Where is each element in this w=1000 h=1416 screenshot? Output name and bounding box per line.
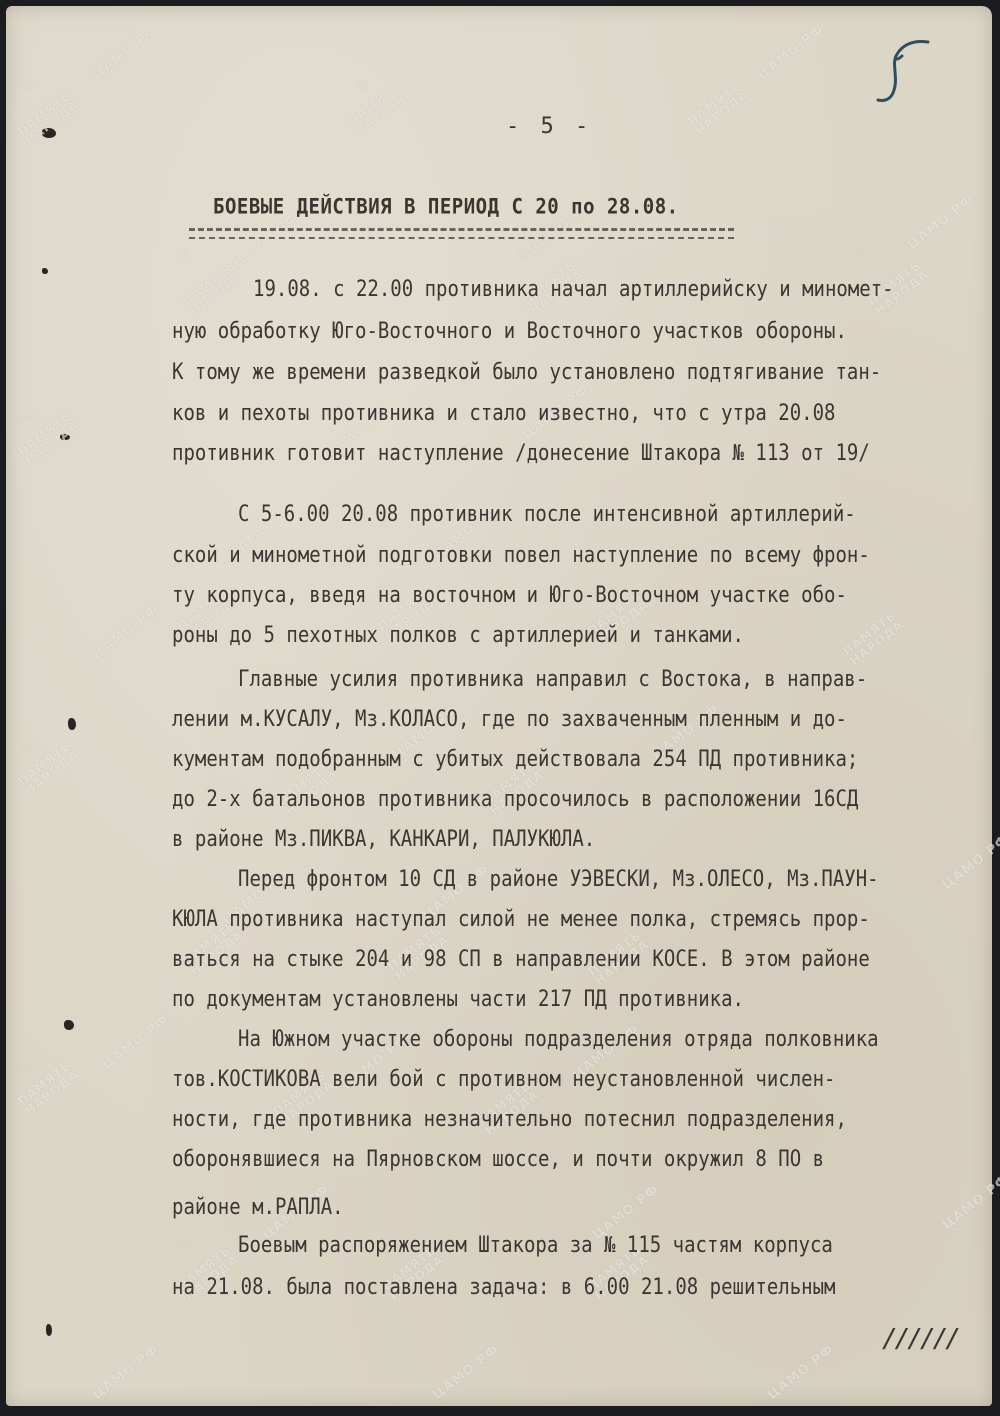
watermark-archive: ЦАМО РФ xyxy=(765,1343,836,1403)
binding-hole xyxy=(60,434,70,440)
star-watermark-icon: ☆ xyxy=(20,736,33,758)
section-title: БОЕВЫЕ ДЕЙСТВИЯ В ПЕРИОД С 20 по 28.08. xyxy=(213,195,679,219)
continuation-mark: ////// xyxy=(882,1324,958,1354)
text-line: в районе Мз.ПИКВА, КАНКАРИ, ПАЛУКЮЛА. xyxy=(172,826,595,851)
watermark-archive: ЦАМО РФ xyxy=(940,1173,1000,1233)
watermark-project: ПАМЯТЬНАРОДА xyxy=(345,79,410,138)
watermark-archive: ЦАМО РФ xyxy=(430,1343,501,1403)
star-watermark-icon: ☆ xyxy=(176,1236,189,1258)
star-watermark-icon: ☆ xyxy=(20,74,33,96)
watermark-archive: ЦАМО РФ xyxy=(90,23,161,83)
text-line: лении м.КУСАЛУ, Мз.КОЛАСО, где по захвач… xyxy=(172,706,847,731)
watermark-archive: ЦАМО РФ xyxy=(100,1013,171,1073)
text-line: ской и минометной подготовки повел насту… xyxy=(172,542,870,567)
watermark-archive: ЦАМО РФ xyxy=(905,193,976,253)
text-line: ваться на стыке 204 и 98 СП в направлени… xyxy=(172,946,870,971)
text-line: кументам подобранным с убитых действовал… xyxy=(172,746,858,771)
document-page: ЦАМО РФ ЦАМО РФ ЦАМО РФ ЦАМО РФ ЦАМО РФ … xyxy=(6,6,992,1406)
watermark-project: ПАМЯТЬНАРОДА xyxy=(180,259,245,318)
binding-hole xyxy=(68,718,76,730)
handwritten-page-number xyxy=(874,34,944,114)
star-watermark-icon: ☆ xyxy=(176,242,189,264)
text-line: ности, где противника незначительно поте… xyxy=(172,1106,847,1131)
text-line: На Южном участке обороны подразделения о… xyxy=(238,1026,879,1051)
watermark-project: ПАМЯТЬНАРОДА xyxy=(15,1059,80,1118)
watermark-archive: ЦАМО РФ xyxy=(755,23,826,83)
title-underline xyxy=(189,228,734,239)
watermark-project: ПАМЯТЬНАРОДА xyxy=(15,89,80,148)
binding-hole xyxy=(64,1020,74,1030)
star-watermark-icon: ☆ xyxy=(516,242,529,264)
text-line: до 2-х батальонов противника просочилось… xyxy=(172,786,858,811)
star-watermark-icon: ☆ xyxy=(20,406,33,428)
watermark-project: ПАМЯТЬНАРОДА xyxy=(15,739,80,798)
watermark-project: ПАМЯТЬНАРОДА xyxy=(685,79,750,138)
text-line: районе м.РАПЛА. xyxy=(172,1194,344,1219)
text-line: Перед фронтом 10 СД в районе УЭВЕСКИ, Мз… xyxy=(238,866,879,891)
text-line: ков и пехоты противника и стало известно… xyxy=(172,400,835,425)
text-line: КЮЛА противника наступал силой не менее … xyxy=(172,906,870,931)
text-line: роны до 5 пехотных полков с артиллерией … xyxy=(172,622,744,647)
watermark-archive: ЦАМО РФ xyxy=(90,1343,161,1403)
watermark-archive: ЦАМО РФ xyxy=(940,833,1000,893)
text-line: тов.КОСТИКОВА вели бой с противном неуст… xyxy=(172,1066,835,1091)
binding-hole xyxy=(46,1324,52,1336)
text-line: С 5-6.00 20.08 противник после интенсивн… xyxy=(238,501,856,526)
text-line: противник готовит наступление /донесение… xyxy=(172,440,870,465)
text-line: 19.08. с 22.00 противника начал артиллер… xyxy=(253,276,894,301)
star-watermark-icon: ☆ xyxy=(20,1056,33,1078)
binding-hole xyxy=(42,128,56,138)
star-watermark-icon: ☆ xyxy=(694,74,707,96)
page-number: - 5 - xyxy=(506,114,592,139)
watermark-archive: ЦАМО РФ xyxy=(90,603,161,663)
text-line: ную обработку Юго-Восточного и Восточног… xyxy=(172,318,847,343)
text-line: ту корпуса, введя на восточном и Юго-Вос… xyxy=(172,582,847,607)
text-line: Боевым распоряжением Штакора за № 115 ча… xyxy=(238,1232,833,1257)
star-watermark-icon: ☆ xyxy=(356,74,369,96)
text-line: оборонявшиеся на Пярновском шоссе, и поч… xyxy=(172,1146,824,1171)
watermark-project: ПАМЯТЬНАРОДА xyxy=(15,409,80,468)
text-line: К тому же времени разведкой было установ… xyxy=(172,359,881,384)
star-watermark-icon: ☆ xyxy=(854,242,867,264)
text-line: на 21.08. была поставлена задача: в 6.00… xyxy=(172,1274,835,1299)
watermark-archive: ЦАМО РФ xyxy=(230,211,301,271)
binding-hole xyxy=(42,268,48,274)
text-line: Главные усилия противника направил с Вос… xyxy=(238,666,867,691)
watermark-project: ПАМЯТЬНАРОДА xyxy=(840,609,905,668)
text-line: по документам установлены части 217 ПД п… xyxy=(172,986,744,1011)
